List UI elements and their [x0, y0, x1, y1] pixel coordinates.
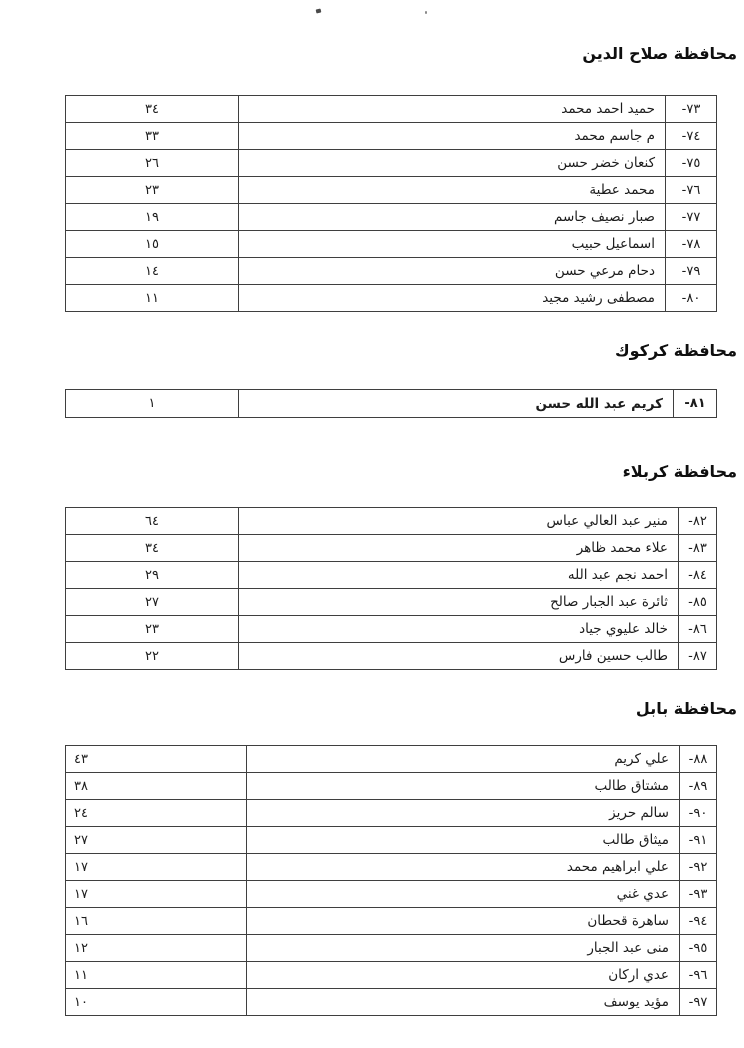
row-number-cell: ٧٤-	[666, 123, 717, 150]
row-number-cell: ٩٢-	[680, 854, 717, 881]
table-row: ٨٧-طالب حسين فارس٢٢	[66, 643, 717, 670]
section-title: محافظة كركوك	[0, 339, 737, 363]
count-cell: ١٧	[66, 881, 247, 908]
table-row: ٩١-ميثاق طالب٢٧	[66, 827, 717, 854]
row-number-cell: ٩١-	[680, 827, 717, 854]
count-cell: ٢٩	[66, 562, 239, 589]
name-cell: منير عبد العالي عباس	[239, 508, 679, 535]
row-number-cell: ٧٣-	[666, 96, 717, 123]
row-number-cell: ٧٧-	[666, 204, 717, 231]
name-cell: علي كريم	[247, 746, 680, 773]
row-number-cell: ٧٥-	[666, 150, 717, 177]
count-cell: ٢٢	[66, 643, 239, 670]
name-cell: حميد احمد محمد	[239, 96, 666, 123]
table-row: ٨٠-مصطفى رشيد مجيد١١	[66, 285, 717, 312]
table-row: ٩٣-عدي غني١٧	[66, 881, 717, 908]
count-cell: ١٤	[66, 258, 239, 285]
name-cell: كنعان خضر حسن	[239, 150, 666, 177]
table-row: ٨٣-علاء محمد ظاهر٣٤	[66, 535, 717, 562]
table-row: ٨٤-احمد نجم عبد الله٢٩	[66, 562, 717, 589]
count-cell: ١١	[66, 962, 247, 989]
count-cell: ١٦	[66, 908, 247, 935]
row-number-cell: ٩٦-	[680, 962, 717, 989]
count-cell: ١١	[66, 285, 239, 312]
table-row: ٨٨-علي كريم٤٣	[66, 746, 717, 773]
row-number-cell: ٨٩-	[680, 773, 717, 800]
count-cell: ٢٦	[66, 150, 239, 177]
row-number-cell: ٧٦-	[666, 177, 717, 204]
count-cell: ٢٣	[66, 616, 239, 643]
count-cell: ٣٤	[66, 96, 239, 123]
table-row: ٧٩-دحام مرعي حسن١٤	[66, 258, 717, 285]
document-page: محافظة صلاح الدين٧٣-حميد احمد محمد٣٤٧٤-م…	[0, 0, 744, 1048]
table-row: ٧٣-حميد احمد محمد٣٤	[66, 96, 717, 123]
count-cell: ٣٤	[66, 535, 239, 562]
name-cell: كريم عبد الله حسن	[239, 390, 674, 418]
section-title: محافظة بابل	[0, 697, 737, 721]
row-number-cell: ٨٥-	[679, 589, 717, 616]
section-title: محافظة كربلاء	[0, 460, 737, 484]
table-row: ٧٨-اسماعيل حبيب١٥	[66, 231, 717, 258]
name-cell: احمد نجم عبد الله	[239, 562, 679, 589]
count-cell: ١٧	[66, 854, 247, 881]
row-number-cell: ٨٠-	[666, 285, 717, 312]
name-cell: عدي غني	[247, 881, 680, 908]
name-cell: مصطفى رشيد مجيد	[239, 285, 666, 312]
table-row: ٩٠-سالم حريز٢٤	[66, 800, 717, 827]
table-row: ٩٧-مؤيد يوسف١٠	[66, 989, 717, 1016]
row-number-cell: ٨٤-	[679, 562, 717, 589]
section-title: محافظة صلاح الدين	[0, 42, 737, 66]
name-cell: اسماعيل حبيب	[239, 231, 666, 258]
row-number-cell: ٩٧-	[680, 989, 717, 1016]
governorate-section: محافظة صلاح الدين٧٣-حميد احمد محمد٣٤٧٤-م…	[0, 42, 744, 312]
name-cell: علاء محمد ظاهر	[239, 535, 679, 562]
count-cell: ٣٨	[66, 773, 247, 800]
table-row: ٩٥-منى عبد الجبار١٢	[66, 935, 717, 962]
row-number-cell: ٨١-	[674, 390, 717, 418]
count-cell: ٢٤	[66, 800, 247, 827]
name-cell: عدي اركان	[247, 962, 680, 989]
governorate-section: محافظة كركوك٨١-كريم عبد الله حسن١	[0, 339, 744, 418]
name-cell: طالب حسين فارس	[239, 643, 679, 670]
table-row: ٨٩-مشتاق طالب٣٨	[66, 773, 717, 800]
name-cell: صبار نصيف جاسم	[239, 204, 666, 231]
count-cell: ١٢	[66, 935, 247, 962]
row-number-cell: ٨٢-	[679, 508, 717, 535]
table-row: ٩٢-علي ابراهيم محمد١٧	[66, 854, 717, 881]
count-cell: ٦٤	[66, 508, 239, 535]
name-cell: علي ابراهيم محمد	[247, 854, 680, 881]
document-content: محافظة صلاح الدين٧٣-حميد احمد محمد٣٤٧٤-م…	[0, 42, 744, 1016]
governorate-table: ٨٨-علي كريم٤٣٨٩-مشتاق طالب٣٨٩٠-سالم حريز…	[65, 745, 717, 1016]
governorate-table: ٨١-كريم عبد الله حسن١	[65, 389, 717, 418]
name-cell: منى عبد الجبار	[247, 935, 680, 962]
row-number-cell: ٨٧-	[679, 643, 717, 670]
table-row: ٩٦-عدي اركان١١	[66, 962, 717, 989]
row-number-cell: ٨٣-	[679, 535, 717, 562]
count-cell: ١	[66, 390, 239, 418]
table-row: ٧٤-م جاسم محمد٣٣	[66, 123, 717, 150]
name-cell: دحام مرعي حسن	[239, 258, 666, 285]
table-row: ٩٤-ساهرة قحطان١٦	[66, 908, 717, 935]
count-cell: ١٠	[66, 989, 247, 1016]
count-cell: ٤٣	[66, 746, 247, 773]
table-row: ٨٥-ثائرة عبد الجبار صالح٢٧	[66, 589, 717, 616]
name-cell: م جاسم محمد	[239, 123, 666, 150]
count-cell: ١٩	[66, 204, 239, 231]
name-cell: ساهرة قحطان	[247, 908, 680, 935]
count-cell: ٢٣	[66, 177, 239, 204]
table-row: ٨٦-خالد عليوي جياد٢٣	[66, 616, 717, 643]
name-cell: مشتاق طالب	[247, 773, 680, 800]
row-number-cell: ٩٣-	[680, 881, 717, 908]
table-row: ٨٢-منير عبد العالي عباس٦٤	[66, 508, 717, 535]
row-number-cell: ٩٤-	[680, 908, 717, 935]
count-cell: ٣٣	[66, 123, 239, 150]
row-number-cell: ٩٥-	[680, 935, 717, 962]
table-row: ٧٧-صبار نصيف جاسم١٩	[66, 204, 717, 231]
row-number-cell: ٧٨-	[666, 231, 717, 258]
row-number-cell: ٩٠-	[680, 800, 717, 827]
name-cell: سالم حريز	[247, 800, 680, 827]
table-row: ٧٥-كنعان خضر حسن٢٦	[66, 150, 717, 177]
governorate-table: ٨٢-منير عبد العالي عباس٦٤٨٣-علاء محمد ظا…	[65, 507, 717, 670]
scan-artifact	[316, 8, 322, 13]
name-cell: ميثاق طالب	[247, 827, 680, 854]
governorate-section: محافظة بابل٨٨-علي كريم٤٣٨٩-مشتاق طالب٣٨٩…	[0, 697, 744, 1016]
scan-artifact	[425, 11, 427, 14]
row-number-cell: ٧٩-	[666, 258, 717, 285]
table-row: ٧٦-محمد عطية٢٣	[66, 177, 717, 204]
governorate-section: محافظة كربلاء٨٢-منير عبد العالي عباس٦٤٨٣…	[0, 460, 744, 670]
count-cell: ٢٧	[66, 589, 239, 616]
row-number-cell: ٨٨-	[680, 746, 717, 773]
governorate-table: ٧٣-حميد احمد محمد٣٤٧٤-م جاسم محمد٣٣٧٥-كن…	[65, 95, 717, 312]
name-cell: محمد عطية	[239, 177, 666, 204]
count-cell: ٢٧	[66, 827, 247, 854]
count-cell: ١٥	[66, 231, 239, 258]
name-cell: مؤيد يوسف	[247, 989, 680, 1016]
row-number-cell: ٨٦-	[679, 616, 717, 643]
name-cell: خالد عليوي جياد	[239, 616, 679, 643]
name-cell: ثائرة عبد الجبار صالح	[239, 589, 679, 616]
table-row: ٨١-كريم عبد الله حسن١	[66, 390, 717, 418]
